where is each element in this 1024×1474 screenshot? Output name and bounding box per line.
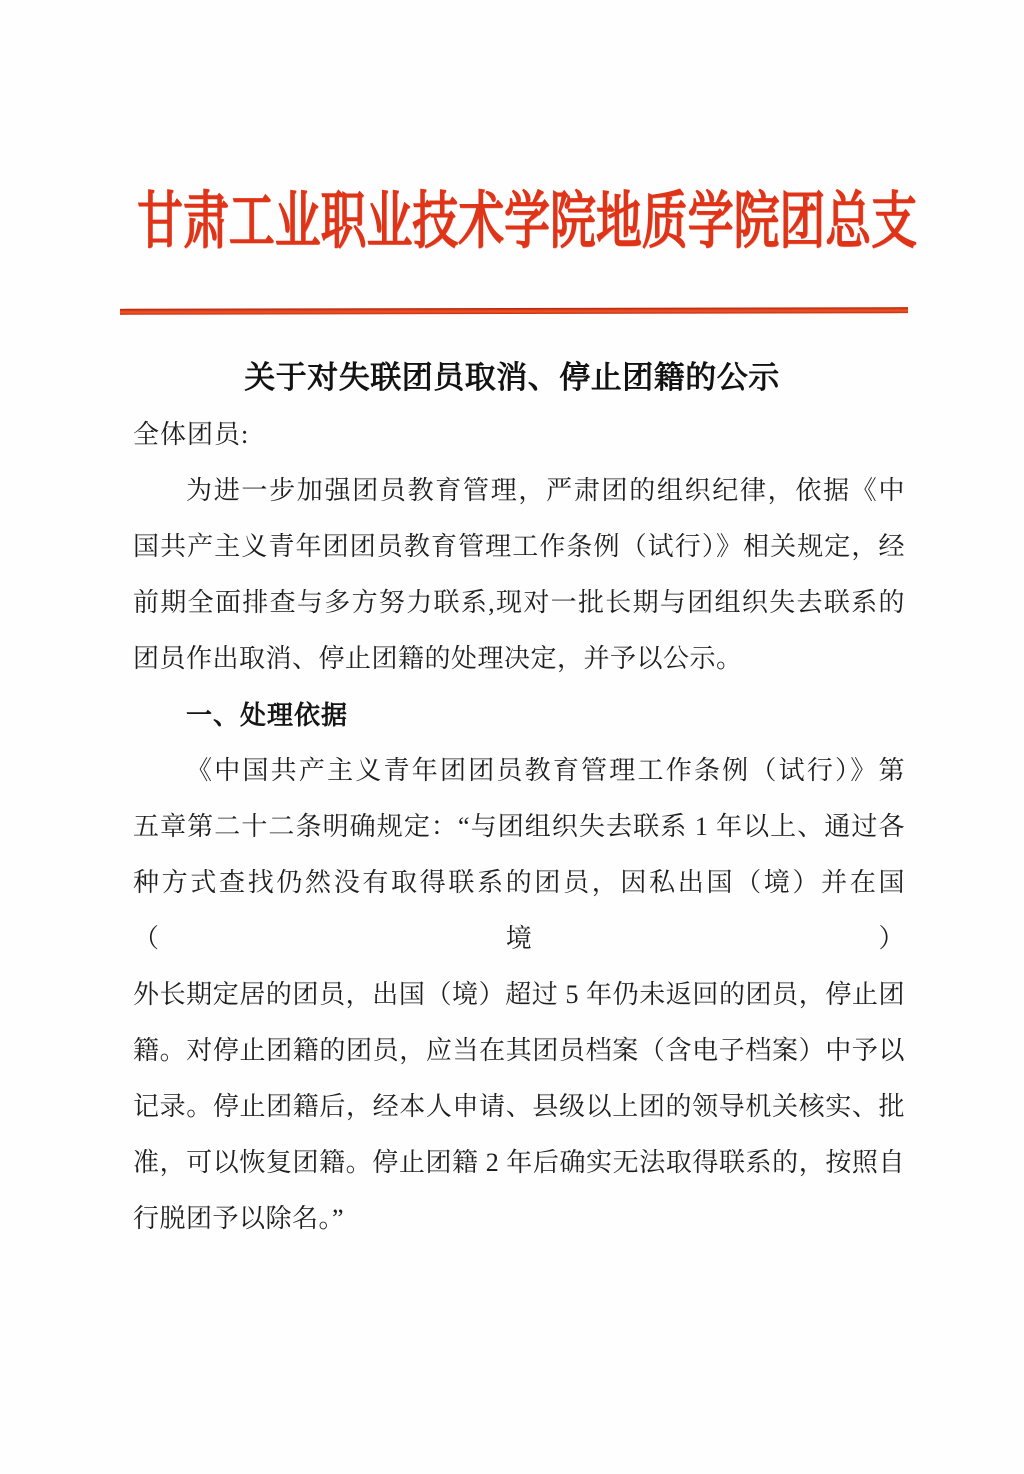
paragraph-line: 记录。停止团籍后，经本人申请、县级以上团的领导机关核实、批	[133, 1079, 905, 1135]
letterhead-title: 甘肃工业职业技术学院地质学院团总支	[137, 183, 917, 261]
paragraph-1: 为进一步加强团员教育管理，严肃团的组织纪律，依据《中 国共产主义青年团团员教育管…	[133, 463, 905, 687]
letterhead: 甘肃工业职业技术学院地质学院团总支	[0, 183, 1024, 277]
document-page: 甘肃工业职业技术学院地质学院团总支 关于对失联团员取消、停止团籍的公示 全体团员…	[0, 0, 1024, 1474]
paragraph-line: 团员作出取消、停止团籍的处理决定，并予以公示。	[133, 631, 905, 687]
paragraph-2: 《中国共产主义青年团团员教育管理工作条例（试行）》第 五章第二十二条明确规定：“…	[133, 743, 905, 1247]
paragraph-line: 国共产主义青年团团员教育管理工作条例（试行）》相关规定，经	[133, 519, 905, 575]
paragraph-line: 前期全面排查与多方努力联系,现对一批长期与团组织失去联系的	[133, 575, 905, 631]
paragraph-line: 《中国共产主义青年团团员教育管理工作条例（试行）》第	[133, 743, 905, 799]
paragraph-line: 五章第二十二条明确规定：“与团组织失去联系 1 年以上、通过各	[133, 799, 905, 855]
document-title: 关于对失联团员取消、停止团籍的公示	[0, 352, 1024, 397]
document-body: 全体团员: 为进一步加强团员教育管理，严肃团的组织纪律，依据《中 国共产主义青年…	[133, 407, 905, 1247]
salutation: 全体团员:	[133, 407, 905, 463]
paragraph-line: 种方式查找仍然没有取得联系的团员，因私出国（境）并在国（境）	[133, 855, 905, 967]
paragraph-line: 准，可以恢复团籍。停止团籍 2 年后确实无法取得联系的，按照自	[133, 1135, 905, 1191]
paragraph-line: 行脱团予以除名。”	[133, 1191, 905, 1247]
paragraph-line: 籍。对停止团籍的团员，应当在其团员档案（含电子档案）中予以	[133, 1023, 905, 1079]
letterhead-divider	[120, 307, 908, 315]
paragraph-line: 外长期定居的团员，出国（境）超过 5 年仍未返回的团员，停止团	[133, 967, 905, 1023]
section-heading-1: 一、处理依据	[133, 687, 905, 743]
paragraph-line: 为进一步加强团员教育管理，严肃团的组织纪律，依据《中	[133, 463, 905, 519]
